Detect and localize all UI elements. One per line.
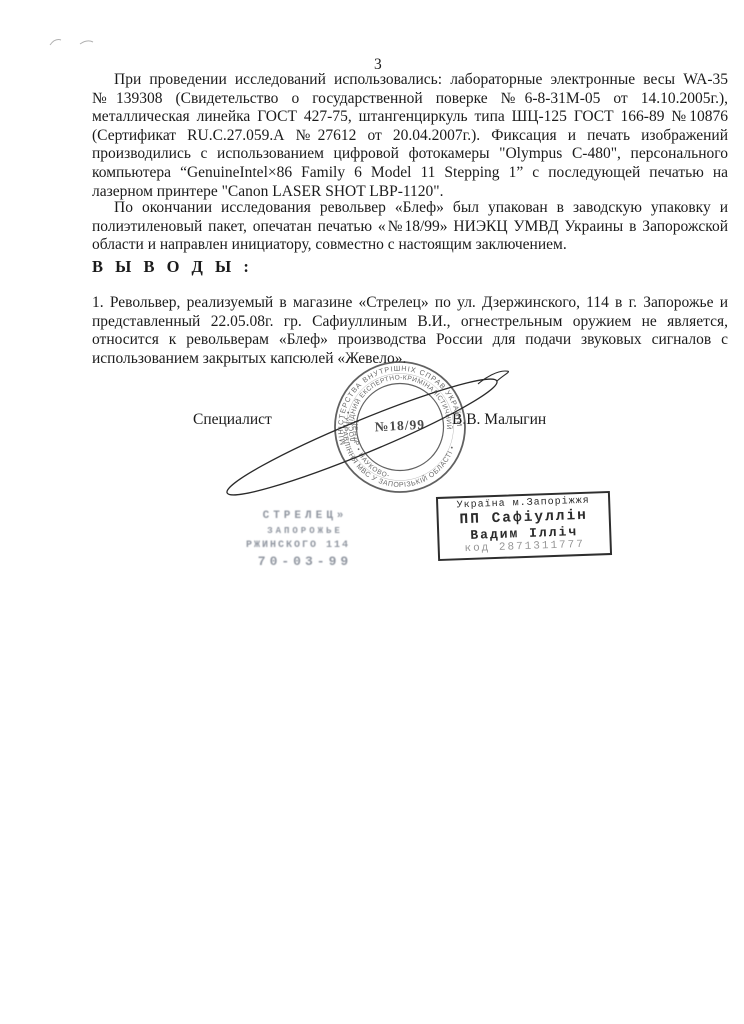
seal-middle-circle [347,374,454,481]
text-line: При проведении исследований использовали… [92,71,728,90]
shop-stamp-city: ЗАПОРОЖЬЕ [232,526,378,536]
shop-stamp: СТРЕЛЕЦ» ЗАПОРОЖЬЕ РЖИНСКОГО 114 70-03-9… [232,510,378,569]
text-line: компьютера “GenuineIntel×86 Family 6 Mod… [92,164,728,183]
seal-number: №18/99 [374,417,425,435]
pen-mark [50,40,93,45]
paragraph-equipment: При проведении исследований использовали… [92,71,728,201]
seal-outer-circle [335,362,465,492]
entrepreneur-stamp-code: код 2871311777 [464,539,585,556]
conclusions-heading: В Ы В О Д Ы : [92,257,253,277]
text-line: По окончании исследования револьвер «Бле… [92,199,728,218]
seal-outer-text-bottom: • УПРАВЛІННЯ МВС У ЗАПОРІЗЬКІЙ ОБЛАСТІ • [341,410,456,489]
seal-inner-text-bottom: ЦЕНТР • НАУКОВО- [351,420,391,480]
text-line: металлическая линейка ГОСТ 427-75, штанг… [92,108,728,127]
shop-stamp-phone: 70-03-99 [232,554,378,569]
seal-inner-text-top: ДОСЛІДНИЙ ЕКСПЕРТНО-КРИМІНАЛІСТИЧНИЙ [348,374,454,442]
shop-stamp-address: РЖИНСКОГО 114 [218,540,378,551]
seal-inner-circle [357,384,444,471]
text-line: полиэтиленовый пакет, опечатан печатью «… [92,218,728,237]
signatory-name: В.В. Малыгин [452,411,546,429]
paragraph-packaging: По окончании исследования револьвер «Бле… [92,199,728,255]
paragraph-conclusion-1: 1. Револьвер, реализуемый в магазине «Ст… [92,294,728,368]
scanned-document-page: 3 При проведении исследований использова… [0,0,744,1024]
text-line: представленный 22.05.08г. гр. Сафиуллины… [92,313,728,332]
pen-signature [221,366,509,508]
text-line: (Сертификат RU.C.27.059.А №27612 от 20.0… [92,127,728,146]
text-line: относится к револьверам «Блеф» производс… [92,331,728,350]
text-line: области и направлен инициатору, совместн… [92,236,728,255]
text-line: №139308 (Свидетельство о государственной… [92,90,728,109]
signatory-role-label: Специалист [193,411,272,429]
round-seal: МІНІСТЕРСТВА ВНУТРІШНІХ СПРАВ УКРАЇНИ • … [335,362,465,492]
shop-stamp-name: СТРЕЛЕЦ» [232,510,378,522]
text-line: производились с использованием цифровой … [92,145,728,164]
text-line: использованием закрытых капсюлей «Жевело… [92,350,728,369]
seal-outer-text-top: МІНІСТЕРСТВА ВНУТРІШНІХ СПРАВ УКРАЇНИ [336,364,464,446]
text-line: 1. Револьвер, реализуемый в магазине «Ст… [92,294,728,313]
entrepreneur-stamp: Україна м.Запоріжжя ПП Сафіуллін Вадим І… [436,491,612,561]
